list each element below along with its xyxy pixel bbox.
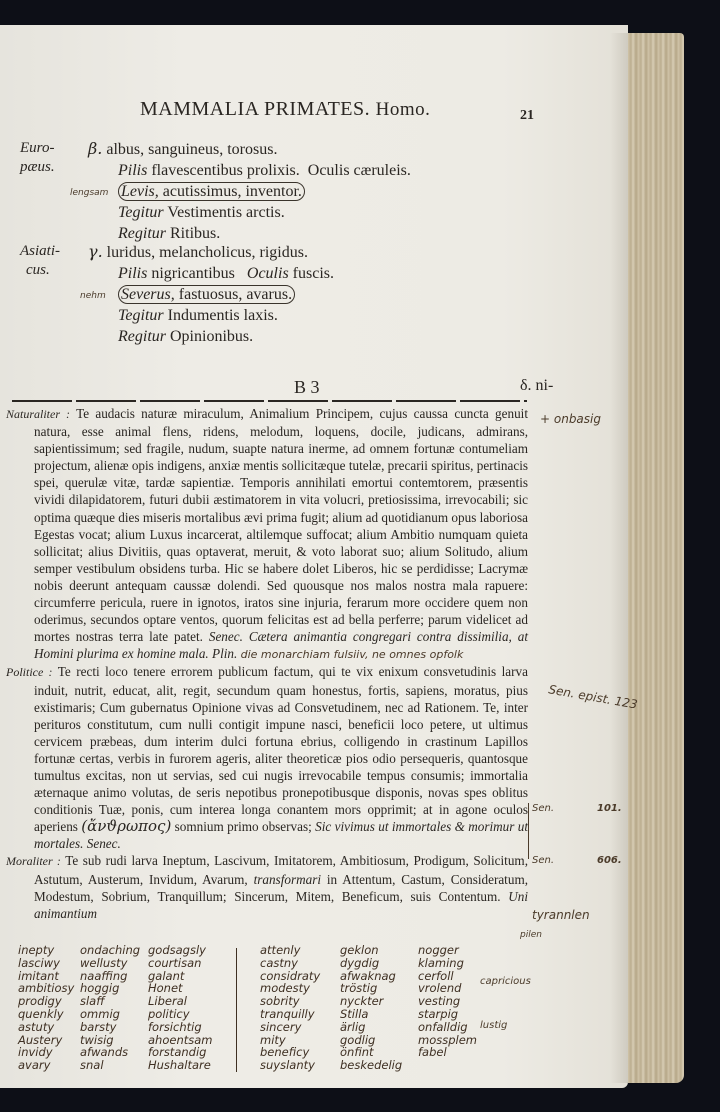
race-traits: albus, sanguineus, torosus. bbox=[106, 141, 277, 158]
race-label: Euro- pæus. bbox=[20, 139, 80, 177]
vocab-word: starpig bbox=[418, 1008, 477, 1021]
running-head-genus: Homo. bbox=[376, 99, 431, 120]
greek-letter: β. bbox=[88, 139, 102, 158]
note-text: Te recti loco tenere errorem publicum fa… bbox=[34, 664, 528, 834]
temperament-line: nehmSeverus, fastuosus, avarus. bbox=[88, 284, 508, 305]
vocab-word: attenly bbox=[260, 944, 320, 957]
tegitur-text: Vestimentis arctis. bbox=[167, 204, 284, 221]
note-label: Moraliter : bbox=[6, 854, 61, 868]
note-label: Politice : bbox=[6, 665, 53, 679]
handwritten-margin-note: pilen bbox=[520, 930, 542, 940]
running-head-title: MAMMALIA PRIMATES. bbox=[140, 98, 370, 120]
vocab-word: beskedelig bbox=[340, 1059, 402, 1072]
note-politice: Politice : Te recti loco tenere errorem … bbox=[6, 663, 528, 852]
vocab-word: tranquilly bbox=[260, 1008, 320, 1021]
vocab-word: forsichtig bbox=[148, 1021, 213, 1034]
temper-rest: acutissimus, inventor. bbox=[163, 183, 302, 200]
page-number: 21 bbox=[520, 108, 534, 124]
book-fore-edge bbox=[628, 33, 684, 1083]
pilis-label: Pilis bbox=[118, 265, 147, 282]
race-label-line1: Asiati- bbox=[20, 242, 80, 261]
pilis-label: Pilis bbox=[118, 162, 147, 179]
vocab-column: nogger klaming cerfoll vrolend vesting s… bbox=[418, 944, 477, 1059]
signature-mark: B 3 bbox=[294, 377, 320, 398]
regitur-label: Regitur bbox=[118, 328, 166, 345]
temper-word: Levis, bbox=[121, 183, 159, 200]
vocab-word: sincery bbox=[260, 1021, 320, 1034]
temperament-line: lengsamLevis, acutissimus, inventor. bbox=[88, 181, 508, 202]
vocab-column: ondaching wellusty naaffing hoggig slaff… bbox=[80, 944, 140, 1072]
greek-word: (ἄνϑρωπος) bbox=[81, 817, 171, 835]
footnote-rule bbox=[12, 400, 527, 402]
handwritten-note: lengsam bbox=[70, 183, 108, 204]
footnotes: Naturaliter : Te audacis naturæ miraculu… bbox=[6, 405, 528, 922]
regitur-line: Regitur Opinionibus. bbox=[88, 326, 508, 347]
race-description: γ. luridus, melancholicus, rigidus. bbox=[88, 241, 508, 263]
vocab-column: godsagsly courtisan galant Honet Liberal… bbox=[148, 944, 213, 1072]
quote-source: Senec. bbox=[209, 629, 243, 644]
vocab-column: inepty lasciwy imitant ambitiosy prodigy… bbox=[18, 944, 74, 1072]
note-moraliter: Moraliter : Te sub rudi larva Ineptum, L… bbox=[6, 852, 528, 921]
handwritten-bracket bbox=[528, 803, 529, 859]
tegitur-line: Tegitur Vestimentis arctis. bbox=[88, 202, 508, 223]
tegitur-label: Tegitur bbox=[118, 307, 164, 324]
temper-rest: fastuosus, avarus. bbox=[179, 286, 292, 303]
vocab-word: politicy bbox=[148, 1008, 213, 1021]
oculis-text: cæruleis. bbox=[354, 162, 411, 179]
vocab-word: ommig bbox=[80, 1008, 140, 1021]
vocab-word: astuty bbox=[18, 1021, 74, 1034]
vocab-word: inepty bbox=[18, 944, 74, 957]
handwritten-margin-note: tyrannlen bbox=[532, 908, 590, 922]
vocab-word: barsty bbox=[80, 1021, 140, 1034]
pilis-text: nigricantibus bbox=[151, 265, 235, 282]
catchword: δ. ni- bbox=[520, 377, 553, 395]
handwritten-margin-note: capricious bbox=[480, 976, 531, 987]
quote-source: Plin. bbox=[212, 646, 237, 661]
vocab-word: ärlig bbox=[340, 1021, 402, 1034]
pilis-text: flavescentibus prolixis. bbox=[151, 162, 299, 179]
race-description: β. albus, sanguineus, torosus. bbox=[88, 138, 508, 160]
vocab-word: fabel bbox=[418, 1046, 477, 1059]
handwritten-note: nehm bbox=[80, 286, 106, 307]
regitur-text: Ritibus. bbox=[170, 225, 220, 242]
oculis-text: fuscis. bbox=[293, 265, 334, 282]
hair-eyes-line: Pilis nigricantibus Oculis fuscis. bbox=[88, 263, 508, 284]
tegitur-line: Tegitur Indumentis laxis. bbox=[88, 305, 508, 326]
vocab-column: attenly castny considraty modesty sobrit… bbox=[260, 944, 320, 1072]
note-label: Naturaliter : bbox=[6, 407, 70, 421]
vocab-word: courtisan bbox=[148, 957, 213, 970]
tegitur-label: Tegitur bbox=[118, 204, 164, 221]
race-label: Asiati- cus. bbox=[20, 242, 80, 280]
vocab-word: onfalldig bbox=[418, 1021, 477, 1034]
vocab-word: klaming bbox=[418, 957, 477, 970]
race-label-line2: pæus. bbox=[20, 158, 80, 177]
running-head: MAMMALIA PRIMATES. Homo. bbox=[140, 98, 430, 121]
race-label-line2: cus. bbox=[20, 261, 80, 280]
handwritten-margin-note: Sen. bbox=[532, 803, 554, 814]
handwritten-note: die monarchiam fulsiiv, ne omnes opfolk bbox=[241, 648, 464, 661]
vocab-column: geklon dygdig afwaknag tröstig nyckter S… bbox=[340, 944, 402, 1072]
vocab-word: lasciwy bbox=[18, 957, 74, 970]
tegitur-text: Indumentis laxis. bbox=[168, 307, 278, 324]
oculis-label: Oculis bbox=[247, 265, 289, 282]
note-text: Te audacis naturæ miraculum, Animalium P… bbox=[34, 406, 528, 644]
oculis-label: Oculis bbox=[308, 162, 350, 179]
greek-letter: γ. bbox=[88, 242, 103, 261]
vocab-divider bbox=[236, 948, 237, 1072]
handwritten-margin-note: 606. bbox=[597, 855, 622, 866]
regitur-text: Opinionibus. bbox=[170, 328, 253, 345]
note-naturaliter: Naturaliter : Te audacis naturæ miraculu… bbox=[6, 405, 528, 663]
regitur-label: Regitur bbox=[118, 225, 166, 242]
vocab-word: Stilla bbox=[340, 1008, 402, 1021]
note-italic: transformari bbox=[254, 872, 321, 887]
vocab-word: Hushaltare bbox=[148, 1059, 213, 1072]
handwritten-margin-note: + onbasig bbox=[540, 412, 601, 426]
vocab-word: snal bbox=[80, 1059, 140, 1072]
vocab-word: suyslanty bbox=[260, 1059, 320, 1072]
vocab-word: avary bbox=[18, 1059, 74, 1072]
vocab-word: geklon bbox=[340, 944, 402, 957]
handwritten-margin-note: Sen. bbox=[532, 855, 554, 866]
handwritten-margin-note: 101. bbox=[597, 803, 622, 814]
hair-eyes-line: Pilis flavescentibus prolixis. Oculis cæ… bbox=[88, 160, 508, 181]
race-label-line1: Euro- bbox=[20, 139, 80, 158]
vocab-word: ondaching bbox=[80, 944, 140, 957]
vocab-word: castny bbox=[260, 957, 320, 970]
note-text: somnium primo observas; bbox=[175, 819, 312, 834]
vocab-word: wellusty bbox=[80, 957, 140, 970]
quote-source: Senec. bbox=[87, 836, 121, 851]
vocab-word: quenkly bbox=[18, 1008, 74, 1021]
vocab-word: dygdig bbox=[340, 957, 402, 970]
race-traits: luridus, melancholicus, rigidus. bbox=[107, 244, 308, 261]
vocab-word: nogger bbox=[418, 944, 477, 957]
temper-word: Severus, bbox=[121, 286, 175, 303]
handwritten-margin-note: lustig bbox=[480, 1020, 507, 1031]
vocab-word: godsagsly bbox=[148, 944, 213, 957]
